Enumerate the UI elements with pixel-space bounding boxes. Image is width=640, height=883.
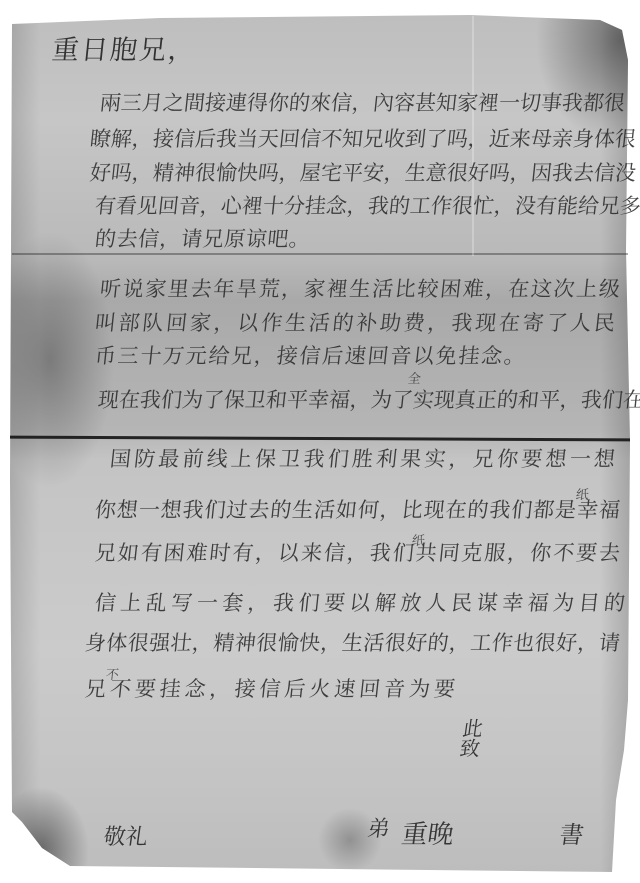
- closing-line-2: 敬礼: [102, 820, 150, 851]
- letter-line: 信上乱写一套，我们要以解放人民谋幸福为目的: [94, 590, 627, 616]
- signature-name: 重晚: [399, 814, 456, 851]
- letter-line: 的去信，请兄原谅吧。: [94, 226, 312, 252]
- letter-line: 好吗，精神很愉快吗，屋宅平安，生意很好吗，因我去信没: [89, 160, 622, 186]
- letter-line: 兩三月之間接連得你的來信，內容甚知家裡一切事我都很: [99, 90, 622, 116]
- crease-line-top: [12, 253, 628, 255]
- signature-suffix: 書: [558, 815, 587, 850]
- letter-line: 国防最前线上保卫我们胜利果实，兄你要想一想: [109, 446, 617, 472]
- letter-line: 瞭解，接信后我当天回信不知兄收到了吗，近来母亲身体很: [89, 126, 622, 152]
- letter-line: 兄如有困难时有，以来信，我们共同克服，你不要去: [94, 540, 622, 566]
- letter-line: 兄不要挂念，接信后火速回音为要: [84, 676, 457, 702]
- signature-prefix: 弟: [366, 812, 392, 843]
- letter-line: 身体很强壮，精神很愉快，生活很好的，工作也很好，请: [84, 630, 622, 656]
- closing-line-1: 此致: [453, 718, 488, 758]
- interlinear-insertion: 全: [407, 368, 422, 387]
- interlinear-insertion: 不: [105, 664, 120, 683]
- letter-line: 现在我们为了保卫和平幸福，为了实现真正的和平，我们在: [97, 387, 622, 413]
- letter-line: 你想一想我们过去的生活如何，比现在的我们都是幸福: [94, 497, 622, 523]
- interlinear-insertion: 纸: [575, 484, 590, 503]
- letter-line: 叫部队回家，以作生活的补助费，我现在寄了人民: [94, 310, 617, 336]
- letter-line: 听说家里去年旱荒，家裡生活比较困难，在这次上级: [99, 276, 622, 302]
- letter-line: 币三十万元给兄，接信后速回音以免挂念。: [94, 343, 527, 369]
- letter-line: 有看见回音，心裡十分挂念，我的工作很忙，没有能给兄多写: [94, 193, 622, 219]
- letter-salutation: 重日胞兄，: [51, 38, 194, 64]
- interlinear-insertion: 纸: [411, 530, 426, 549]
